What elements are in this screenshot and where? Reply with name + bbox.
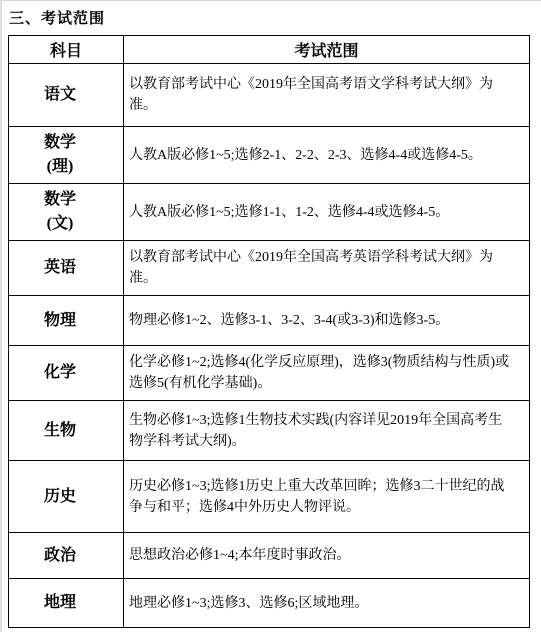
table-row: 数学 (文) 人教A版必修1~5;选修1-1、1-2、选修4-4或选修4-5。 (9, 184, 530, 241)
subject-cell: 英语 (9, 241, 124, 296)
scope-cell: 物理必修1~2、选修3-1、3-2、3-4(或3-3)和选修3-5。 (124, 296, 530, 346)
scope-cell: 人教A版必修1~5;选修1-1、1-2、选修4-4或选修4-5。 (124, 184, 530, 241)
subject-cell: 语文 (9, 64, 124, 127)
header-scope: 考试范围 (124, 36, 530, 64)
subject-cell: 政治 (9, 533, 124, 579)
table-row: 政治 思想政治必修1~4;本年度时事政治。 (9, 533, 530, 579)
scope-cell: 化学必修1~2;选修4(化学反应原理)，选修3(物质结构与性质)或选修5(有机化… (124, 346, 530, 401)
scope-cell: 历史必修1~3;选修1历史上重大改革回眸；选修3二十世纪的战争与和平；选修4中外… (124, 461, 530, 533)
subject-cell: 地理 (9, 579, 124, 628)
table-row: 物理 物理必修1~2、选修3-1、3-2、3-4(或3-3)和选修3-5。 (9, 296, 530, 346)
document-page: 三、考试范围 科目 考试范围 语文 以教育部考试中心《2019年全国高考语文学科… (0, 0, 541, 632)
table-row: 英语 以教育部考试中心《2019年全国高考英语学科考试大纲》为准。 (9, 241, 530, 296)
scope-cell: 地理必修1~3;选修3、选修6;区域地理。 (124, 579, 530, 628)
section-title: 三、考试范围 (9, 7, 541, 28)
table-row: 地理 地理必修1~3;选修3、选修6;区域地理。 (9, 579, 530, 628)
table-header-row: 科目 考试范围 (9, 36, 530, 64)
subject-cell: 物理 (9, 296, 124, 346)
subject-cell: 数学 (理) (9, 127, 124, 184)
subject-cell: 生物 (9, 401, 124, 461)
scope-cell: 以教育部考试中心《2019年全国高考语文学科考试大纲》为准。 (124, 64, 530, 127)
subject-cell: 化学 (9, 346, 124, 401)
scope-cell: 思想政治必修1~4;本年度时事政治。 (124, 533, 530, 579)
table-row: 生物 生物必修1~3;选修1生物技术实践(内容详见2019年全国高考生物学科考试… (9, 401, 530, 461)
subject-cell: 数学 (文) (9, 184, 124, 241)
scope-cell: 生物必修1~3;选修1生物技术实践(内容详见2019年全国高考生物学科考试大纲)… (124, 401, 530, 461)
exam-scope-table: 科目 考试范围 语文 以教育部考试中心《2019年全国高考语文学科考试大纲》为准… (8, 35, 530, 628)
table-row: 语文 以教育部考试中心《2019年全国高考语文学科考试大纲》为准。 (9, 64, 530, 127)
scope-cell: 人教A版必修1~5;选修2-1、2-2、2-3、选修4-4或选修4-5。 (124, 127, 530, 184)
header-subject: 科目 (9, 36, 124, 64)
table-row: 化学 化学必修1~2;选修4(化学反应原理)，选修3(物质结构与性质)或选修5(… (9, 346, 530, 401)
subject-cell: 历史 (9, 461, 124, 533)
table-row: 历史 历史必修1~3;选修1历史上重大改革回眸；选修3二十世纪的战争与和平；选修… (9, 461, 530, 533)
table-row: 数学 (理) 人教A版必修1~5;选修2-1、2-2、2-3、选修4-4或选修4… (9, 127, 530, 184)
scope-cell: 以教育部考试中心《2019年全国高考英语学科考试大纲》为准。 (124, 241, 530, 296)
